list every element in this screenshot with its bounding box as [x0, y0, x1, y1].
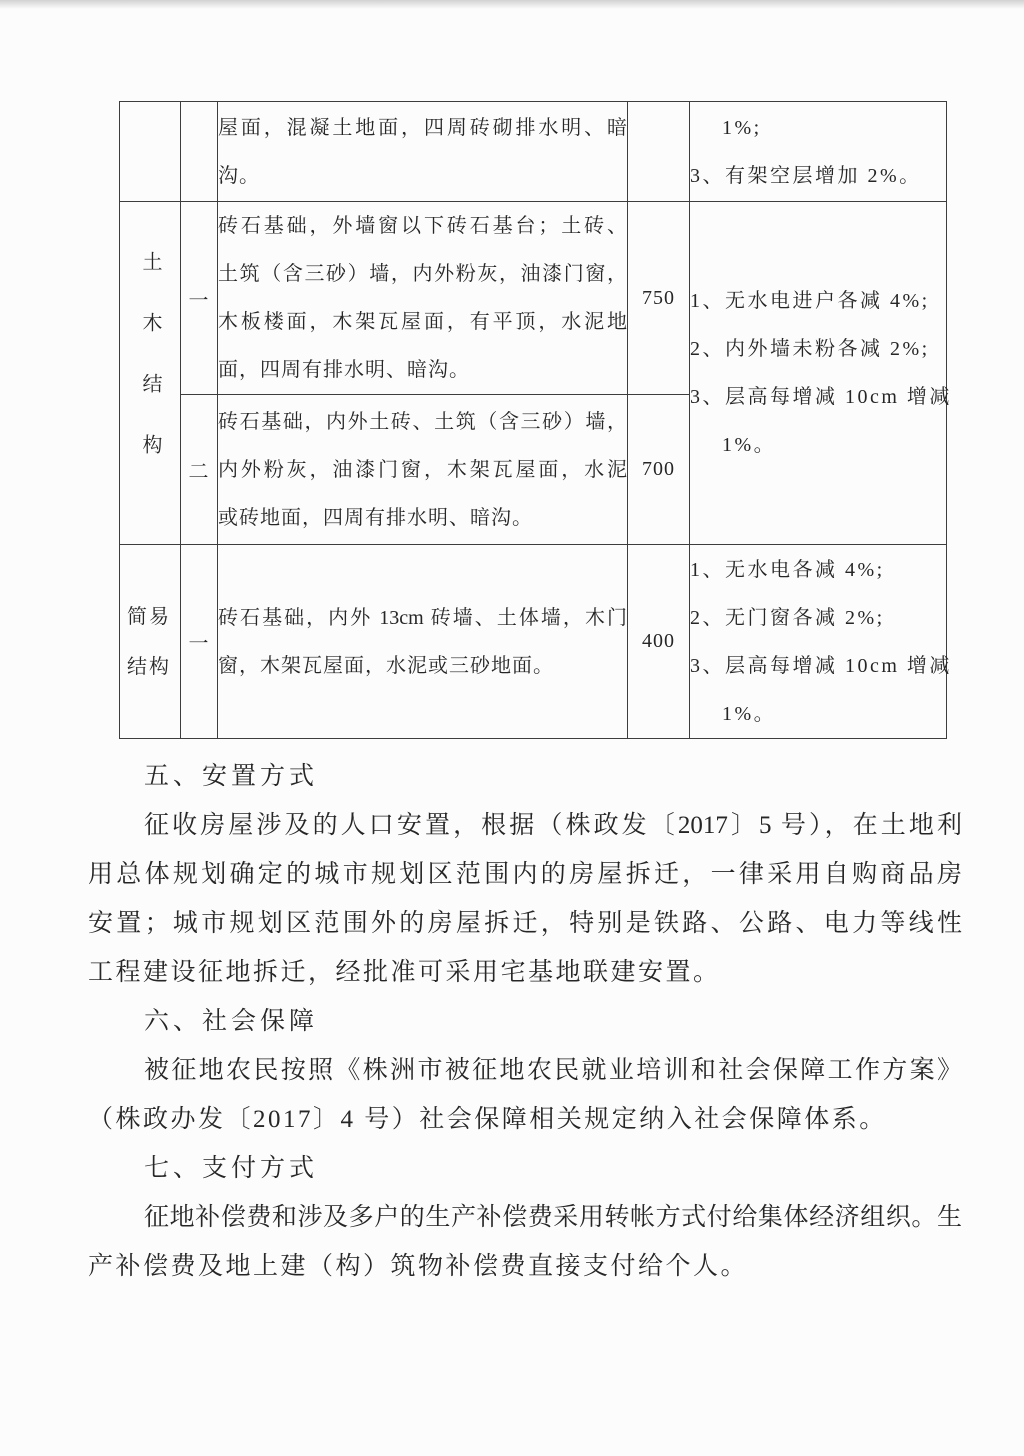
grade-cell: 二 — [181, 395, 218, 545]
price-cell-empty — [628, 102, 690, 202]
note-cell: 1%; 3、有架空层增加 2%。 — [690, 102, 947, 202]
table-row-carryover: 屋面，混凝土地面，四周砖砌排水明、暗 沟。 1%; 3、有架空层增加 2%。 — [120, 102, 947, 202]
grade-cell-empty — [181, 102, 218, 202]
body-line: （株政办发〔2017〕4 号）社会保障相关规定纳入社会保障体系。 — [88, 1095, 962, 1144]
body-line: 安置；城市规划区范围外的房屋拆迁，特别是铁路、公路、电力等线性 — [88, 899, 962, 948]
body-line: 被征地农民按照《株洲市被征地农民就业培训和社会保障工作方案》 — [88, 1046, 962, 1095]
category-cell-simple: 简易结构 — [120, 545, 181, 739]
body-line: 工程建设征地拆迁，经批准可采用宅基地联建安置。 — [88, 948, 962, 997]
description-cell: 砖石基础，内外 13cm 砖墙、土体墙，木门 窗，木架瓦屋面，水泥或三砂地面。 — [218, 545, 628, 739]
section-heading-social-security: 六、社会保障 — [88, 997, 962, 1046]
section-heading-placement: 五、安置方式 — [88, 752, 962, 801]
category-cell-empty — [120, 102, 181, 202]
category-cell-earthwood: 土木结构 — [120, 202, 181, 545]
category-label: 土木结构 — [121, 251, 179, 495]
description-cell: 屋面，混凝土地面，四周砖砌排水明、暗 沟。 — [218, 102, 628, 202]
description-line: 面，四周有排水明、暗沟。 — [218, 346, 627, 394]
grade-cell: 一 — [181, 545, 218, 739]
body-line: 征地补偿费和涉及多户的生产补偿费采用转帐方式付给集体经济组织。生 — [88, 1193, 962, 1242]
grade-cell: 一 — [181, 202, 218, 395]
note-line: 3、有架空层增加 2%。 — [690, 152, 946, 200]
section-heading-payment: 七、支付方式 — [88, 1144, 962, 1193]
description-line: 内外粉灰，油漆门窗，木架瓦屋面，水泥 — [218, 446, 627, 494]
note-line: 2、无门窗各减 2%; — [690, 594, 946, 642]
description-line: 窗，木架瓦屋面，水泥或三砂地面。 — [218, 642, 627, 690]
note-cell-earthwood: 1、无水电进户各减 4%; 2、内外墙未粉各减 2%; 3、层高每增减 10cm… — [690, 202, 947, 545]
description-line: 土筑（含三砂）墙，内外粉灰，油漆门窗， — [218, 250, 627, 298]
description-line: 屋面，混凝土地面，四周砖砌排水明、暗 — [218, 104, 627, 152]
note-line: 1%。 — [690, 421, 946, 469]
table-row-earthwood-grade1: 土木结构 一 砖石基础，外墙窗以下砖石基台；土砖、 土筑（含三砂）墙，内外粉灰，… — [120, 202, 947, 395]
note-cell-simple: 1、无水电各减 4%; 2、无门窗各减 2%; 3、层高每增减 10cm 增减 … — [690, 545, 947, 739]
table-row-simple-grade1: 简易结构 一 砖石基础，内外 13cm 砖墙、土体墙，木门 窗，木架瓦屋面，水泥… — [120, 545, 947, 739]
note-line: 3、层高每增减 10cm 增减 — [690, 373, 946, 421]
description-line: 砖石基础，内外 13cm 砖墙、土体墙，木门 — [218, 594, 627, 642]
note-line: 1%。 — [690, 690, 946, 738]
description-line: 或砖地面，四周有排水明、暗沟。 — [218, 494, 627, 542]
note-line: 3、层高每增减 10cm 增减 — [690, 642, 946, 690]
note-line: 1、无水电各减 4%; — [690, 546, 946, 594]
price-cell: 700 — [628, 395, 690, 545]
description-cell: 砖石基础，外墙窗以下砖石基台；土砖、 土筑（含三砂）墙，内外粉灰，油漆门窗， 木… — [218, 202, 628, 395]
category-label: 简易结构 — [127, 592, 173, 692]
description-cell: 砖石基础，内外土砖、土筑（含三砂）墙， 内外粉灰，油漆门窗，木架瓦屋面，水泥 或… — [218, 395, 628, 545]
body-line: 征收房屋涉及的人口安置，根据（株政发〔2017〕5 号），在土地利 — [88, 801, 962, 850]
description-line: 木板楼面，木架瓦屋面，有平顶，水泥地 — [218, 298, 627, 346]
note-line: 1%; — [690, 104, 946, 152]
description-line: 沟。 — [218, 152, 627, 200]
document-body: 五、安置方式 征收房屋涉及的人口安置，根据（株政发〔2017〕5 号），在土地利… — [88, 752, 962, 1291]
note-line: 1、无水电进户各减 4%; — [690, 277, 946, 325]
price-cell: 400 — [628, 545, 690, 739]
description-line: 砖石基础，内外土砖、土筑（含三砂）墙， — [218, 398, 627, 446]
body-line: 用总体规划确定的城市规划区范围内的房屋拆迁，一律采用自购商品房 — [88, 850, 962, 899]
description-line: 砖石基础，外墙窗以下砖石基台；土砖、 — [218, 202, 627, 250]
note-line: 2、内外墙未粉各减 2%; — [690, 325, 946, 373]
document-page: 屋面，混凝土地面，四周砖砌排水明、暗 沟。 1%; 3、有架空层增加 2%。 土… — [0, 0, 1024, 1456]
price-cell: 750 — [628, 202, 690, 395]
body-line: 产补偿费及地上建（构）筑物补偿费直接支付给个人。 — [88, 1242, 962, 1291]
compensation-table: 屋面，混凝土地面，四周砖砌排水明、暗 沟。 1%; 3、有架空层增加 2%。 土… — [119, 101, 947, 739]
scan-edge-artifact — [0, 0, 1024, 9]
